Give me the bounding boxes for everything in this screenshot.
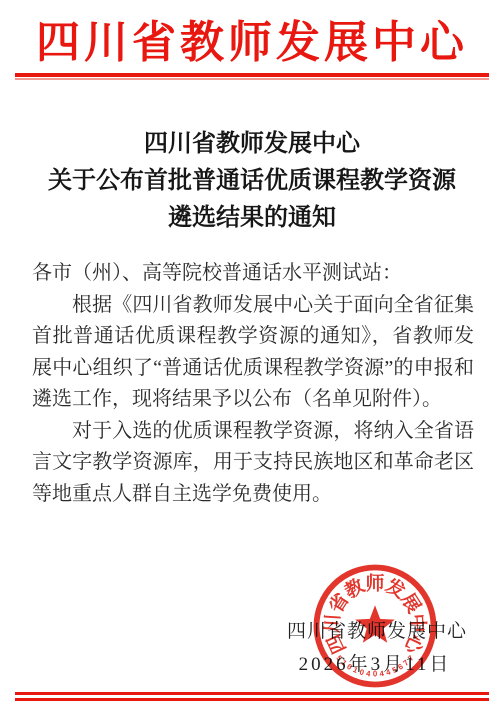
document-title-line-2: 关于公布首批普通话优质课程教学资源 [0,163,504,200]
svg-text:中: 中 [406,613,430,633]
seal-star-icon [355,605,395,643]
body-paragraph-1: 根据《四川省教师发展中心关于面向全省征集首批普通话优质课程教学资源的通知》，省教… [32,290,474,416]
svg-text:4: 4 [366,669,372,679]
svg-text:0: 0 [358,667,365,677]
footer-divider-rule [15,692,489,701]
svg-text:0: 0 [373,670,378,679]
svg-text:4: 4 [379,669,385,679]
svg-text:师: 师 [366,572,385,595]
seal-graphic: 四川省教师发展中心 5101040445677 [310,561,440,691]
body-paragraph-2: 对于入选的优质课程教学资源，将纳入全省语言文字教学资源库，用于支持民族地区和革命… [32,416,474,511]
document-title-line-3: 遴选结果的通知 [0,200,504,237]
document-title-line-1: 四川省教师发展中心 [0,126,504,163]
letterhead-org-name: 四川省教师发展中心 [0,6,504,70]
official-seal: 四川省教师发展中心 5101040445677 [310,561,440,691]
svg-text:四: 四 [323,631,351,658]
salutation-line: 各市（州）、高等院校普通话水平测试站： [32,258,474,290]
notice-document: 四川省教师发展中心 四川省教师发展中心 关于公布首批普通话优质课程教学资源 遴选… [0,0,504,719]
document-body: 各市（州）、高等院校普通话水平测试站： 根据《四川省教师发展中心关于面向全省征集… [32,258,474,510]
document-title: 四川省教师发展中心 关于公布首批普通话优质课程教学资源 遴选结果的通知 [0,126,504,237]
letterhead-divider-rule [15,73,489,80]
